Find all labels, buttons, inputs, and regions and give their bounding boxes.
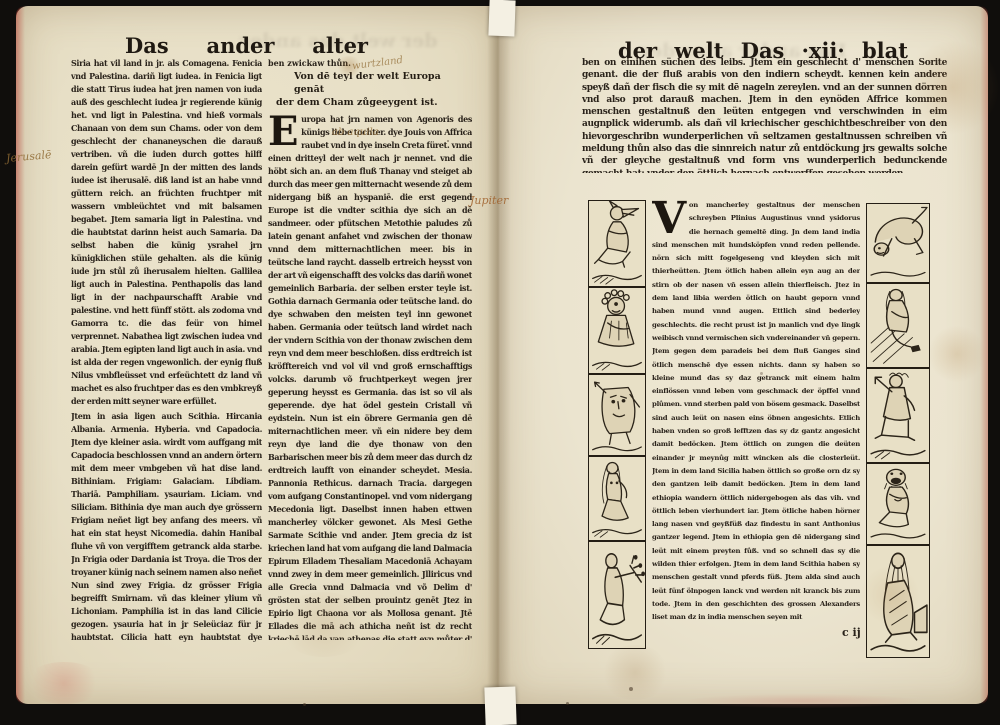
ink-speck bbox=[566, 702, 569, 705]
woodcut-one-eyed-man bbox=[588, 287, 646, 374]
header-word: ander bbox=[206, 33, 274, 58]
pointing-clothed-man-icon bbox=[867, 369, 929, 462]
right-page-top-paragraph: ben on einihen süchen des leibs. Jtem ei… bbox=[582, 57, 947, 173]
big-mouthed-bearded-man-icon bbox=[867, 464, 929, 544]
horse-footed-man-icon bbox=[867, 284, 929, 367]
left-page-column-2: ben zwickaw thůn. Von dē teyl der welt E… bbox=[268, 57, 472, 640]
woodcut-long-haired-androgyne bbox=[588, 456, 646, 541]
dropcap-initial-V: V bbox=[652, 199, 689, 238]
woodcut-pointing-man bbox=[866, 368, 930, 463]
stain bbox=[688, 694, 918, 708]
contorted-backbent-man-icon bbox=[867, 204, 929, 282]
binding-tab-top bbox=[488, 0, 515, 36]
europa-heading-line2: der dem Cham zůgeeygent ist. bbox=[268, 96, 472, 109]
monstrous-races-column: Von mancherley gestaltnus der menschen s… bbox=[652, 199, 860, 639]
woodcut-contorted-man bbox=[866, 203, 930, 283]
woodcut-dog-headed-man bbox=[588, 200, 646, 287]
one-eyed-man-icon bbox=[589, 288, 645, 373]
paragraph-sorite: ben on einihen süchen des leibs. Jtem ei… bbox=[582, 57, 947, 173]
long-haired-androgyne-icon bbox=[589, 457, 645, 540]
ink-speck bbox=[629, 687, 633, 691]
left-page-header: Das ander alter bbox=[125, 33, 368, 58]
paragraph-asia-syria: Siria hat vil land in jr. als Comagena. … bbox=[71, 57, 262, 408]
europa-paragraph: Europa hat jrn namen von Agenoris des kü… bbox=[268, 113, 472, 640]
marginalia-jupiter: Jupiter bbox=[470, 194, 508, 207]
ink-speck bbox=[760, 372, 763, 375]
scanned-book-spread: der welt das ander Das ander alter der D… bbox=[0, 0, 1000, 725]
binding-tab-bottom bbox=[484, 686, 516, 725]
stain bbox=[336, 56, 362, 76]
quire-signature: c ij bbox=[842, 626, 861, 639]
red-edge-dye-left bbox=[16, 6, 25, 704]
monsters-text: on mancherley gestaltnus der menschen sc… bbox=[652, 201, 860, 621]
stain bbox=[276, 592, 371, 657]
stain bbox=[600, 645, 670, 700]
stain bbox=[905, 40, 1000, 135]
left-page-column-1: Siria hat vil land in jr. als Comagena. … bbox=[71, 57, 262, 642]
woodcut-man-with-branch bbox=[588, 541, 646, 649]
dropcap-initial-E: E bbox=[268, 113, 301, 150]
header-word: alter bbox=[312, 33, 368, 58]
woodcut-horse-footed-man bbox=[866, 283, 930, 368]
europa-text: uropa hat jrn namen von Agenoris des kün… bbox=[268, 114, 472, 640]
paragraph-asia-minor: Jtem in asia ligen auch Scithia. Hircani… bbox=[71, 410, 262, 642]
marginalia-ab-aquila: ab aquila bbox=[332, 127, 379, 138]
header-word: Das bbox=[125, 33, 169, 58]
europa-heading-line1: Von dē teyl der welt Europa genāt bbox=[268, 70, 472, 96]
headless-man-face-in-chest-icon bbox=[589, 375, 645, 455]
binding-gutter-shadow bbox=[487, 6, 511, 704]
woodcut-big-mouthed-man bbox=[866, 463, 930, 545]
stain bbox=[860, 565, 920, 625]
stain bbox=[928, 325, 986, 383]
ink-speck bbox=[447, 140, 449, 142]
ink-speck bbox=[303, 703, 306, 706]
stain bbox=[24, 662, 104, 704]
woodcut-headless-man bbox=[588, 374, 646, 456]
man-holding-branch-icon bbox=[589, 542, 645, 648]
dog-headed-man-icon bbox=[589, 201, 645, 286]
